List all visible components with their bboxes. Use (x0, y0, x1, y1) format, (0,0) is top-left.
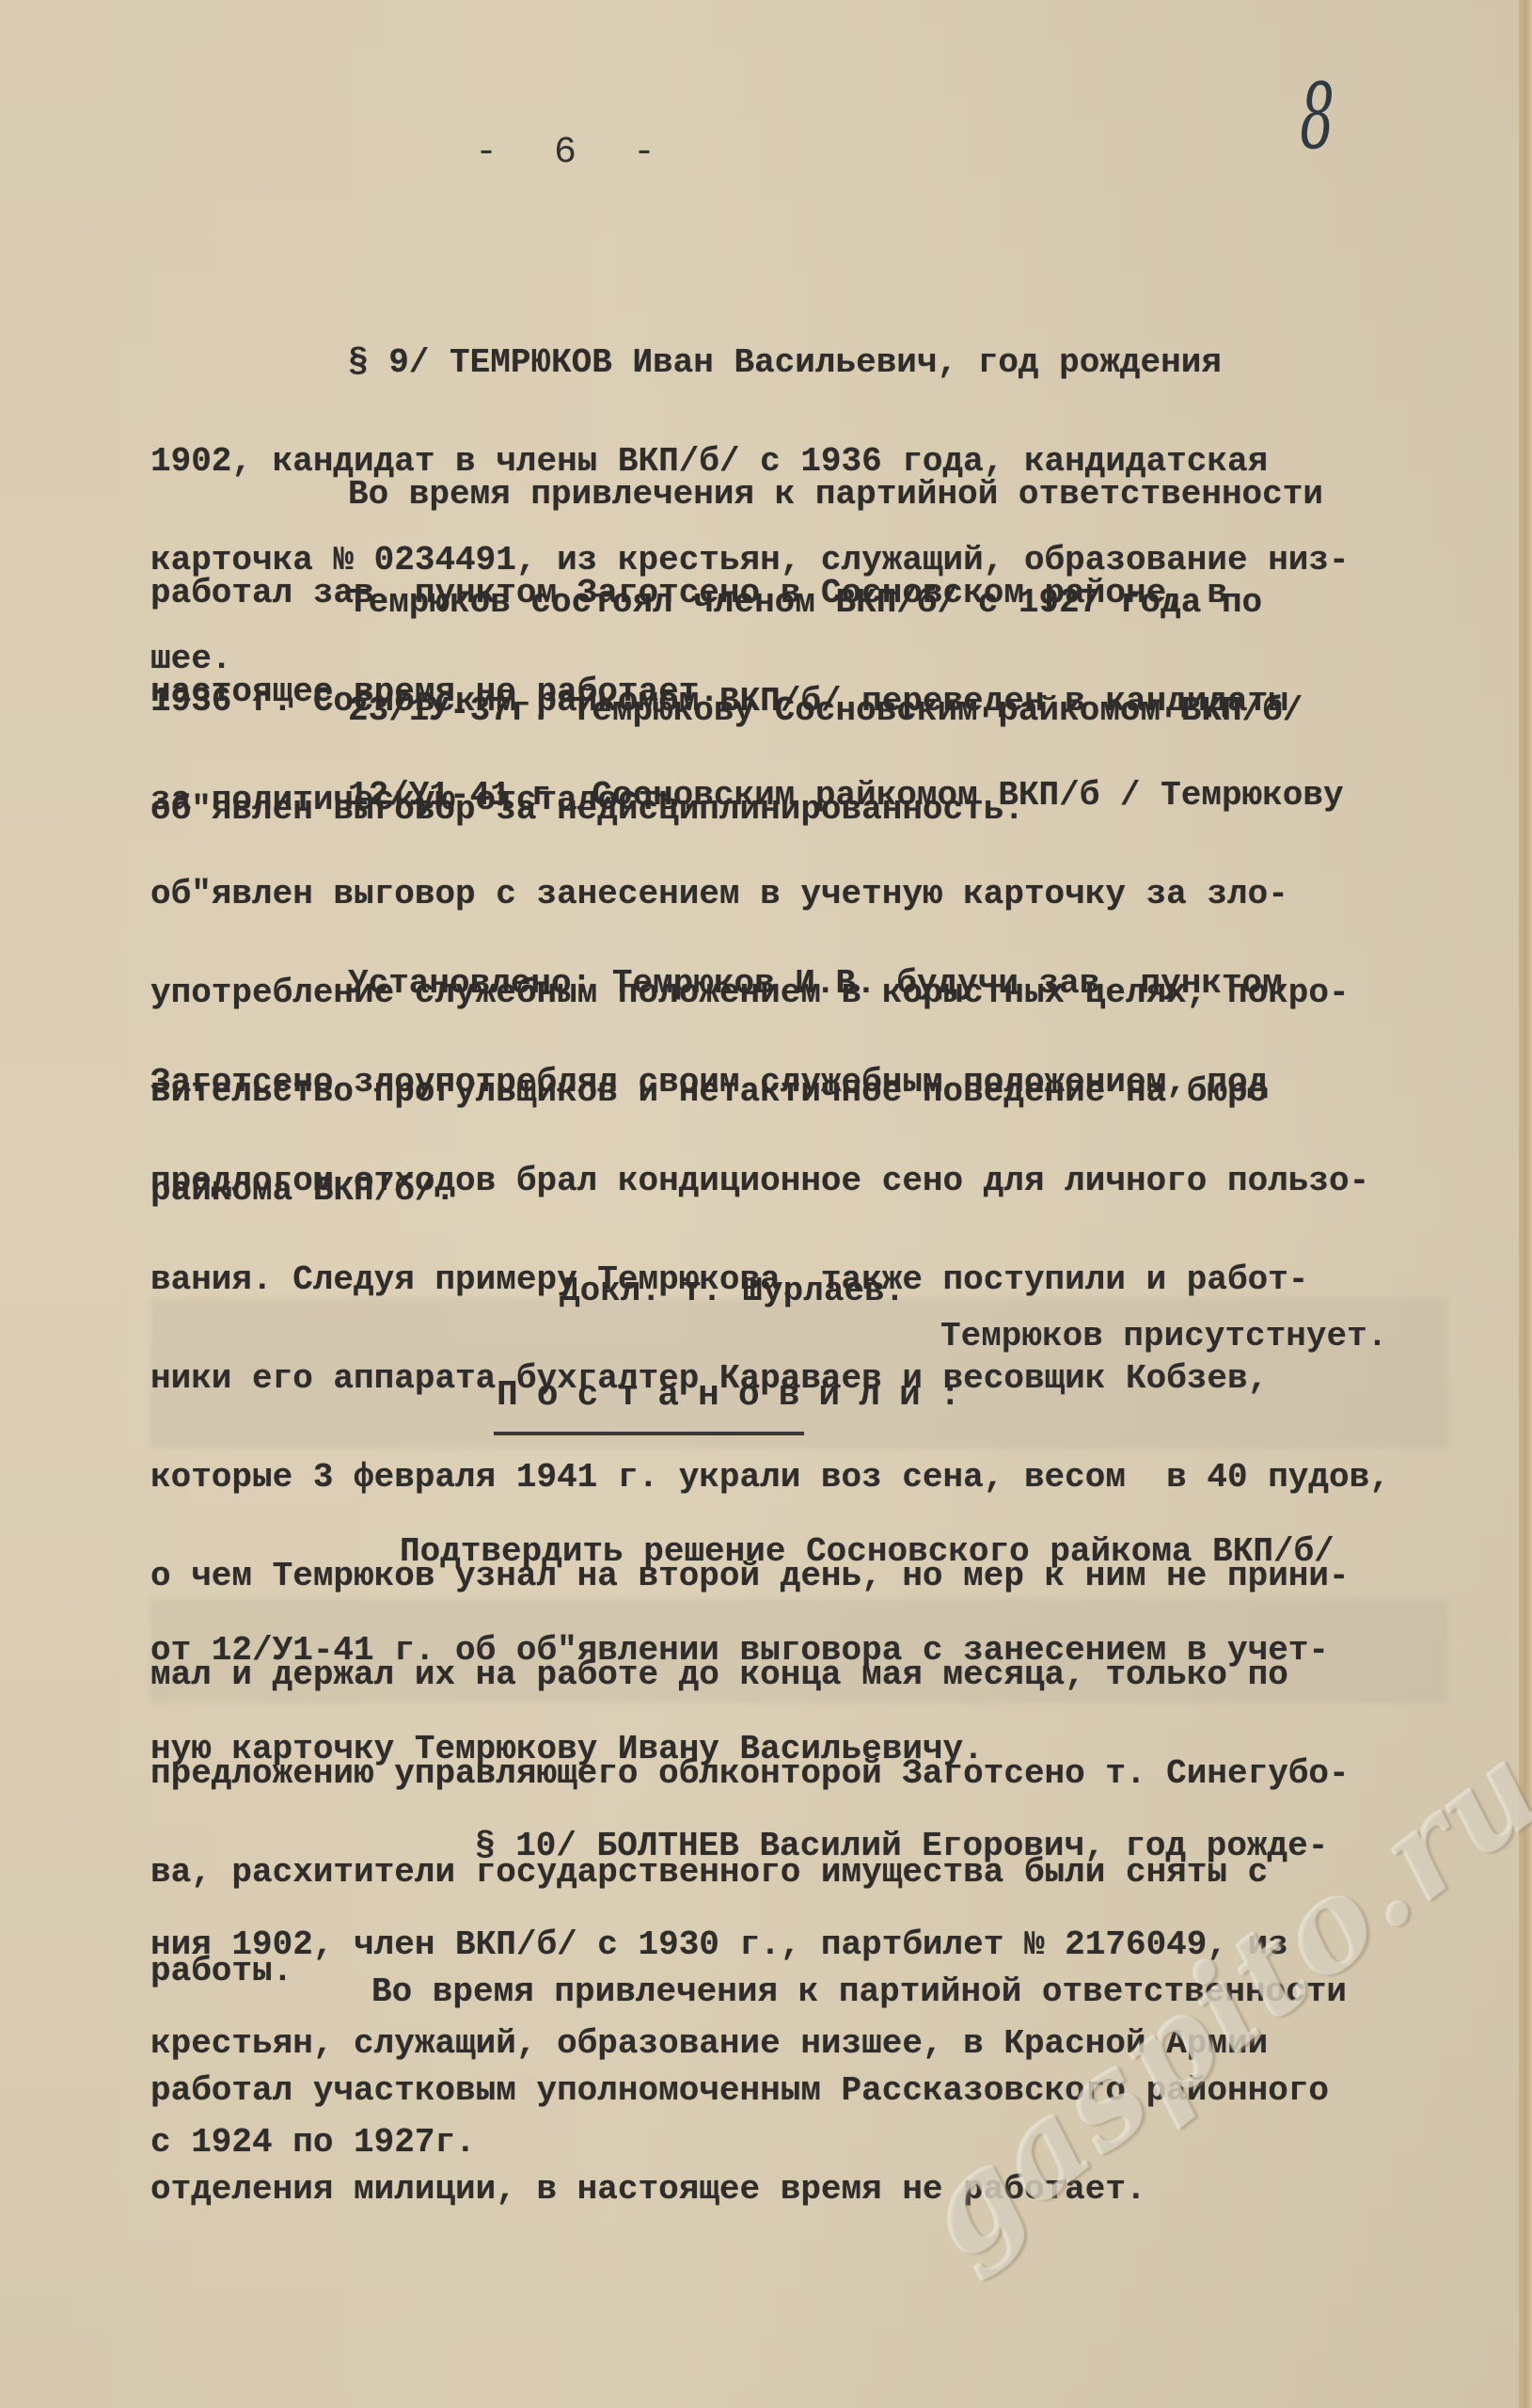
text-line: Во время привлечения к партийной ответст… (150, 478, 1467, 511)
text-line: от 12/У1-41 г. об об"явлении выговора с … (150, 1634, 1467, 1667)
text-line: ную карточку Темрюкову Ивану Васильевичу… (150, 1733, 1467, 1766)
section-10-heading: § 10/ БОЛТНЕВ Василий Егорович, год рожд… (150, 1830, 1467, 1862)
page-edge (1519, 0, 1532, 2408)
reporter-line: Докл. т. Шурлаев. (560, 1272, 905, 1310)
text-line: Подтвердить решение Сосновского райкома … (150, 1535, 1467, 1568)
handwritten-folio-number: 8 (1300, 64, 1335, 169)
resolution-text: Подтвердить решение Сосновского райкома … (150, 1469, 1467, 1798)
text-line: Темрюков состоял членом ВКП/б/ с 1927 го… (150, 586, 1467, 619)
text-line: работал участковым уполномоченным Расска… (150, 2074, 1467, 2107)
text-line: Заготсено злоупотреблял своим служебным … (150, 1066, 1467, 1099)
text-line: предлогом отходов брал кондиционное сено… (150, 1164, 1467, 1197)
presence-note: Темрюков присутстнует. (940, 1317, 1387, 1355)
text-line: Установлено: Темрюков И.В. будучи зав. п… (150, 967, 1467, 1000)
text-line: отделения милиции, в настоящее время не … (150, 2173, 1467, 2206)
section-9-heading: § 9/ ТЕМРЮКОВ Иван Васильевич, год рожде… (150, 346, 1467, 379)
resolution-heading: Постановили: (497, 1375, 980, 1416)
text-line: 12/У1-41 г. Сосновским райкомом ВКП/б / … (150, 779, 1467, 812)
page-number: - 6 - (475, 132, 672, 174)
heading-underline (494, 1432, 804, 1435)
